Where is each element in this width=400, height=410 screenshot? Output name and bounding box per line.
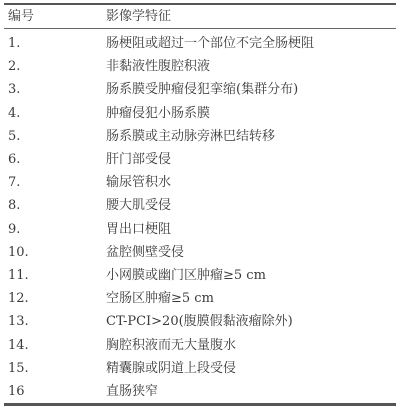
row-feature: 直肠狭窄 [106, 385, 396, 398]
row-feature: 胸腔积液而无大量腹水 [106, 339, 396, 352]
header-number: 编号 [4, 10, 106, 23]
table-row: 10. 盆腔侧壁受侵 [4, 241, 396, 264]
table-row: 13. CT-PCI>20(腹膜假黏液瘤除外) [4, 310, 396, 333]
row-number: 1. [4, 37, 106, 50]
row-number: 13. [4, 315, 106, 328]
row-number: 10. [4, 246, 106, 259]
row-number: 5. [4, 130, 106, 143]
row-feature: 精囊腺或阴道上段受侵 [106, 362, 396, 375]
row-feature: 肠系膜或主动脉旁淋巴结转移 [106, 130, 396, 143]
row-number: 12. [4, 292, 106, 305]
row-feature: 肿瘤侵犯小肠系膜 [106, 107, 396, 120]
row-feature: 非黏液性腹腔积液 [106, 60, 396, 73]
row-feature: 小网膜或幽门区肿瘤≥5 cm [106, 269, 396, 282]
table-row: 3. 肠系膜受肿瘤侵犯挛缩(集群分布) [4, 78, 396, 101]
row-number: 15. [4, 362, 106, 375]
table-header: 编号 影像学特征 [4, 5, 396, 29]
row-number: 4. [4, 107, 106, 120]
row-number: 8. [4, 199, 106, 212]
row-number: 9. [4, 223, 106, 236]
table-row: 1. 肠梗阻或超过一个部位不完全肠梗阻 [4, 32, 396, 55]
row-feature: 肠梗阻或超过一个部位不完全肠梗阻 [106, 37, 396, 50]
row-number: 16 [4, 385, 106, 398]
row-feature: 腰大肌受侵 [106, 199, 396, 212]
table-row: 16 直肠狭窄 [4, 380, 396, 403]
row-feature: 盆腔侧壁受侵 [106, 246, 396, 259]
table-row: 7. 输尿管积水 [4, 171, 396, 194]
table-row: 4. 肿瘤侵犯小肠系膜 [4, 102, 396, 125]
row-number: 14. [4, 339, 106, 352]
row-number: 6. [4, 153, 106, 166]
table-row: 12. 空肠区肿瘤≥5 cm [4, 287, 396, 310]
table-row: 15. 精囊腺或阴道上段受侵 [4, 357, 396, 380]
row-number: 3. [4, 83, 106, 96]
table-row: 6. 肝门部受侵 [4, 148, 396, 171]
row-feature: 输尿管积水 [106, 176, 396, 189]
header-feature: 影像学特征 [106, 10, 396, 23]
row-feature: 肝门部受侵 [106, 153, 396, 166]
row-feature: 空肠区肿瘤≥5 cm [106, 292, 396, 305]
row-number: 11. [4, 269, 106, 282]
row-number: 2. [4, 60, 106, 73]
table-row: 2. 非黏液性腹腔积液 [4, 55, 396, 78]
table-row: 9. 胃出口梗阻 [4, 218, 396, 241]
row-feature: 肠系膜受肿瘤侵犯挛缩(集群分布) [106, 83, 396, 96]
table-row: 11. 小网膜或幽门区肿瘤≥5 cm [4, 264, 396, 287]
row-feature: CT-PCI>20(腹膜假黏液瘤除外) [106, 315, 396, 328]
table-row: 8. 腰大肌受侵 [4, 194, 396, 217]
row-number: 7. [4, 176, 106, 189]
table-row: 14. 胸腔积液而无大量腹水 [4, 333, 396, 356]
imaging-features-table: 编号 影像学特征 1. 肠梗阻或超过一个部位不完全肠梗阻 2. 非黏液性腹腔积液… [4, 3, 396, 406]
row-feature: 胃出口梗阻 [106, 223, 396, 236]
table-row: 5. 肠系膜或主动脉旁淋巴结转移 [4, 125, 396, 148]
